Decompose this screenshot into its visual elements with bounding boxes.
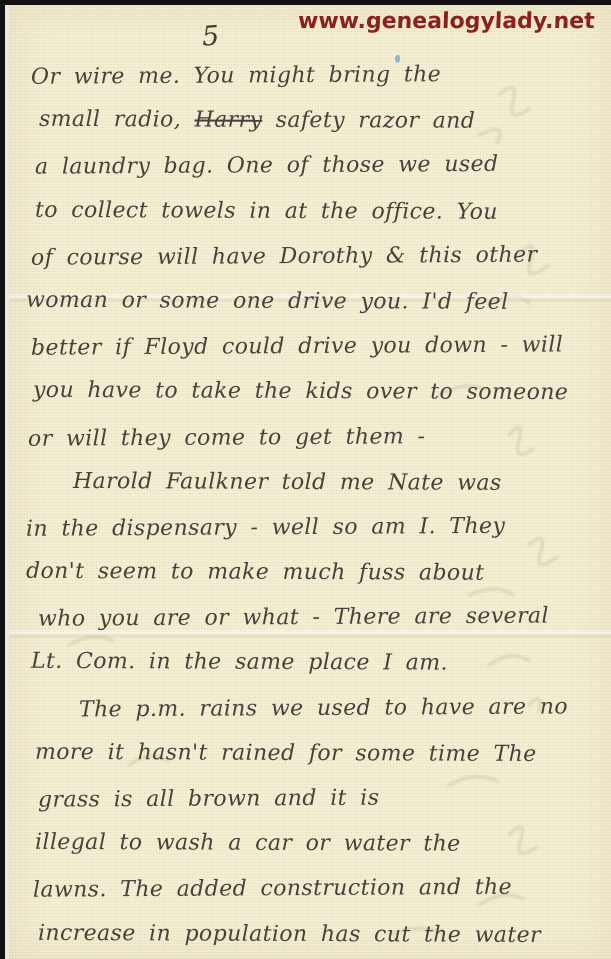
- letter-line: lawns. The added construction and the: [9, 865, 611, 914]
- line-text: safety razor and: [262, 108, 475, 134]
- letter-line: in the dispensary - well so am I. They: [9, 503, 611, 552]
- letter-line: to collect towels in at the office. You: [9, 187, 611, 235]
- letter-scan-page: { "scan": { "watermark": "www.genealogyl…: [0, 0, 611, 959]
- letter-line: or will they come to get them -: [9, 413, 611, 462]
- letter-line: grass is all brown and it is: [9, 774, 611, 823]
- letter-line: don't seem to make much fuss about: [9, 549, 611, 597]
- letter-paper: www.genealogylady.net 5 Or wire me. You …: [5, 5, 611, 959]
- letter-line: Lt. Com. in the same place I am.: [9, 639, 611, 687]
- letter-line: you have to take the kids over to someon…: [9, 368, 611, 416]
- letter-line: The p.m. rains we used to have are no: [9, 684, 611, 733]
- letter-line: better if Floyd could drive you down - w…: [9, 322, 611, 371]
- letter-line: more it hasn't rained for some time The: [9, 729, 611, 777]
- letter-lines: Or wire me. You might bring thesmall rad…: [9, 53, 611, 957]
- letter-line: increase in population has cut the water: [9, 910, 611, 958]
- letter-line: Harold Faulkner told me Nate was: [9, 458, 611, 506]
- watermark-url: www.genealogylady.net: [298, 9, 596, 34]
- letter-line: small radio, Harry safety razor and: [9, 97, 611, 145]
- letter-line: a laundry bag. One of those we used: [9, 142, 611, 191]
- line-text: small radio,: [39, 107, 195, 133]
- page-number: 5: [201, 20, 220, 52]
- letter-line: of course will have Dorothy & this other: [9, 232, 611, 281]
- letter-line: illegal to wash a car or water the: [9, 820, 611, 868]
- crossed-out-word: Harry: [194, 108, 262, 133]
- letter-line: who you are or what - There are several: [9, 593, 611, 642]
- letter-line: Or wire me. You might bring the: [9, 51, 611, 100]
- letter-line: woman or some one drive you. I'd feel: [9, 278, 611, 326]
